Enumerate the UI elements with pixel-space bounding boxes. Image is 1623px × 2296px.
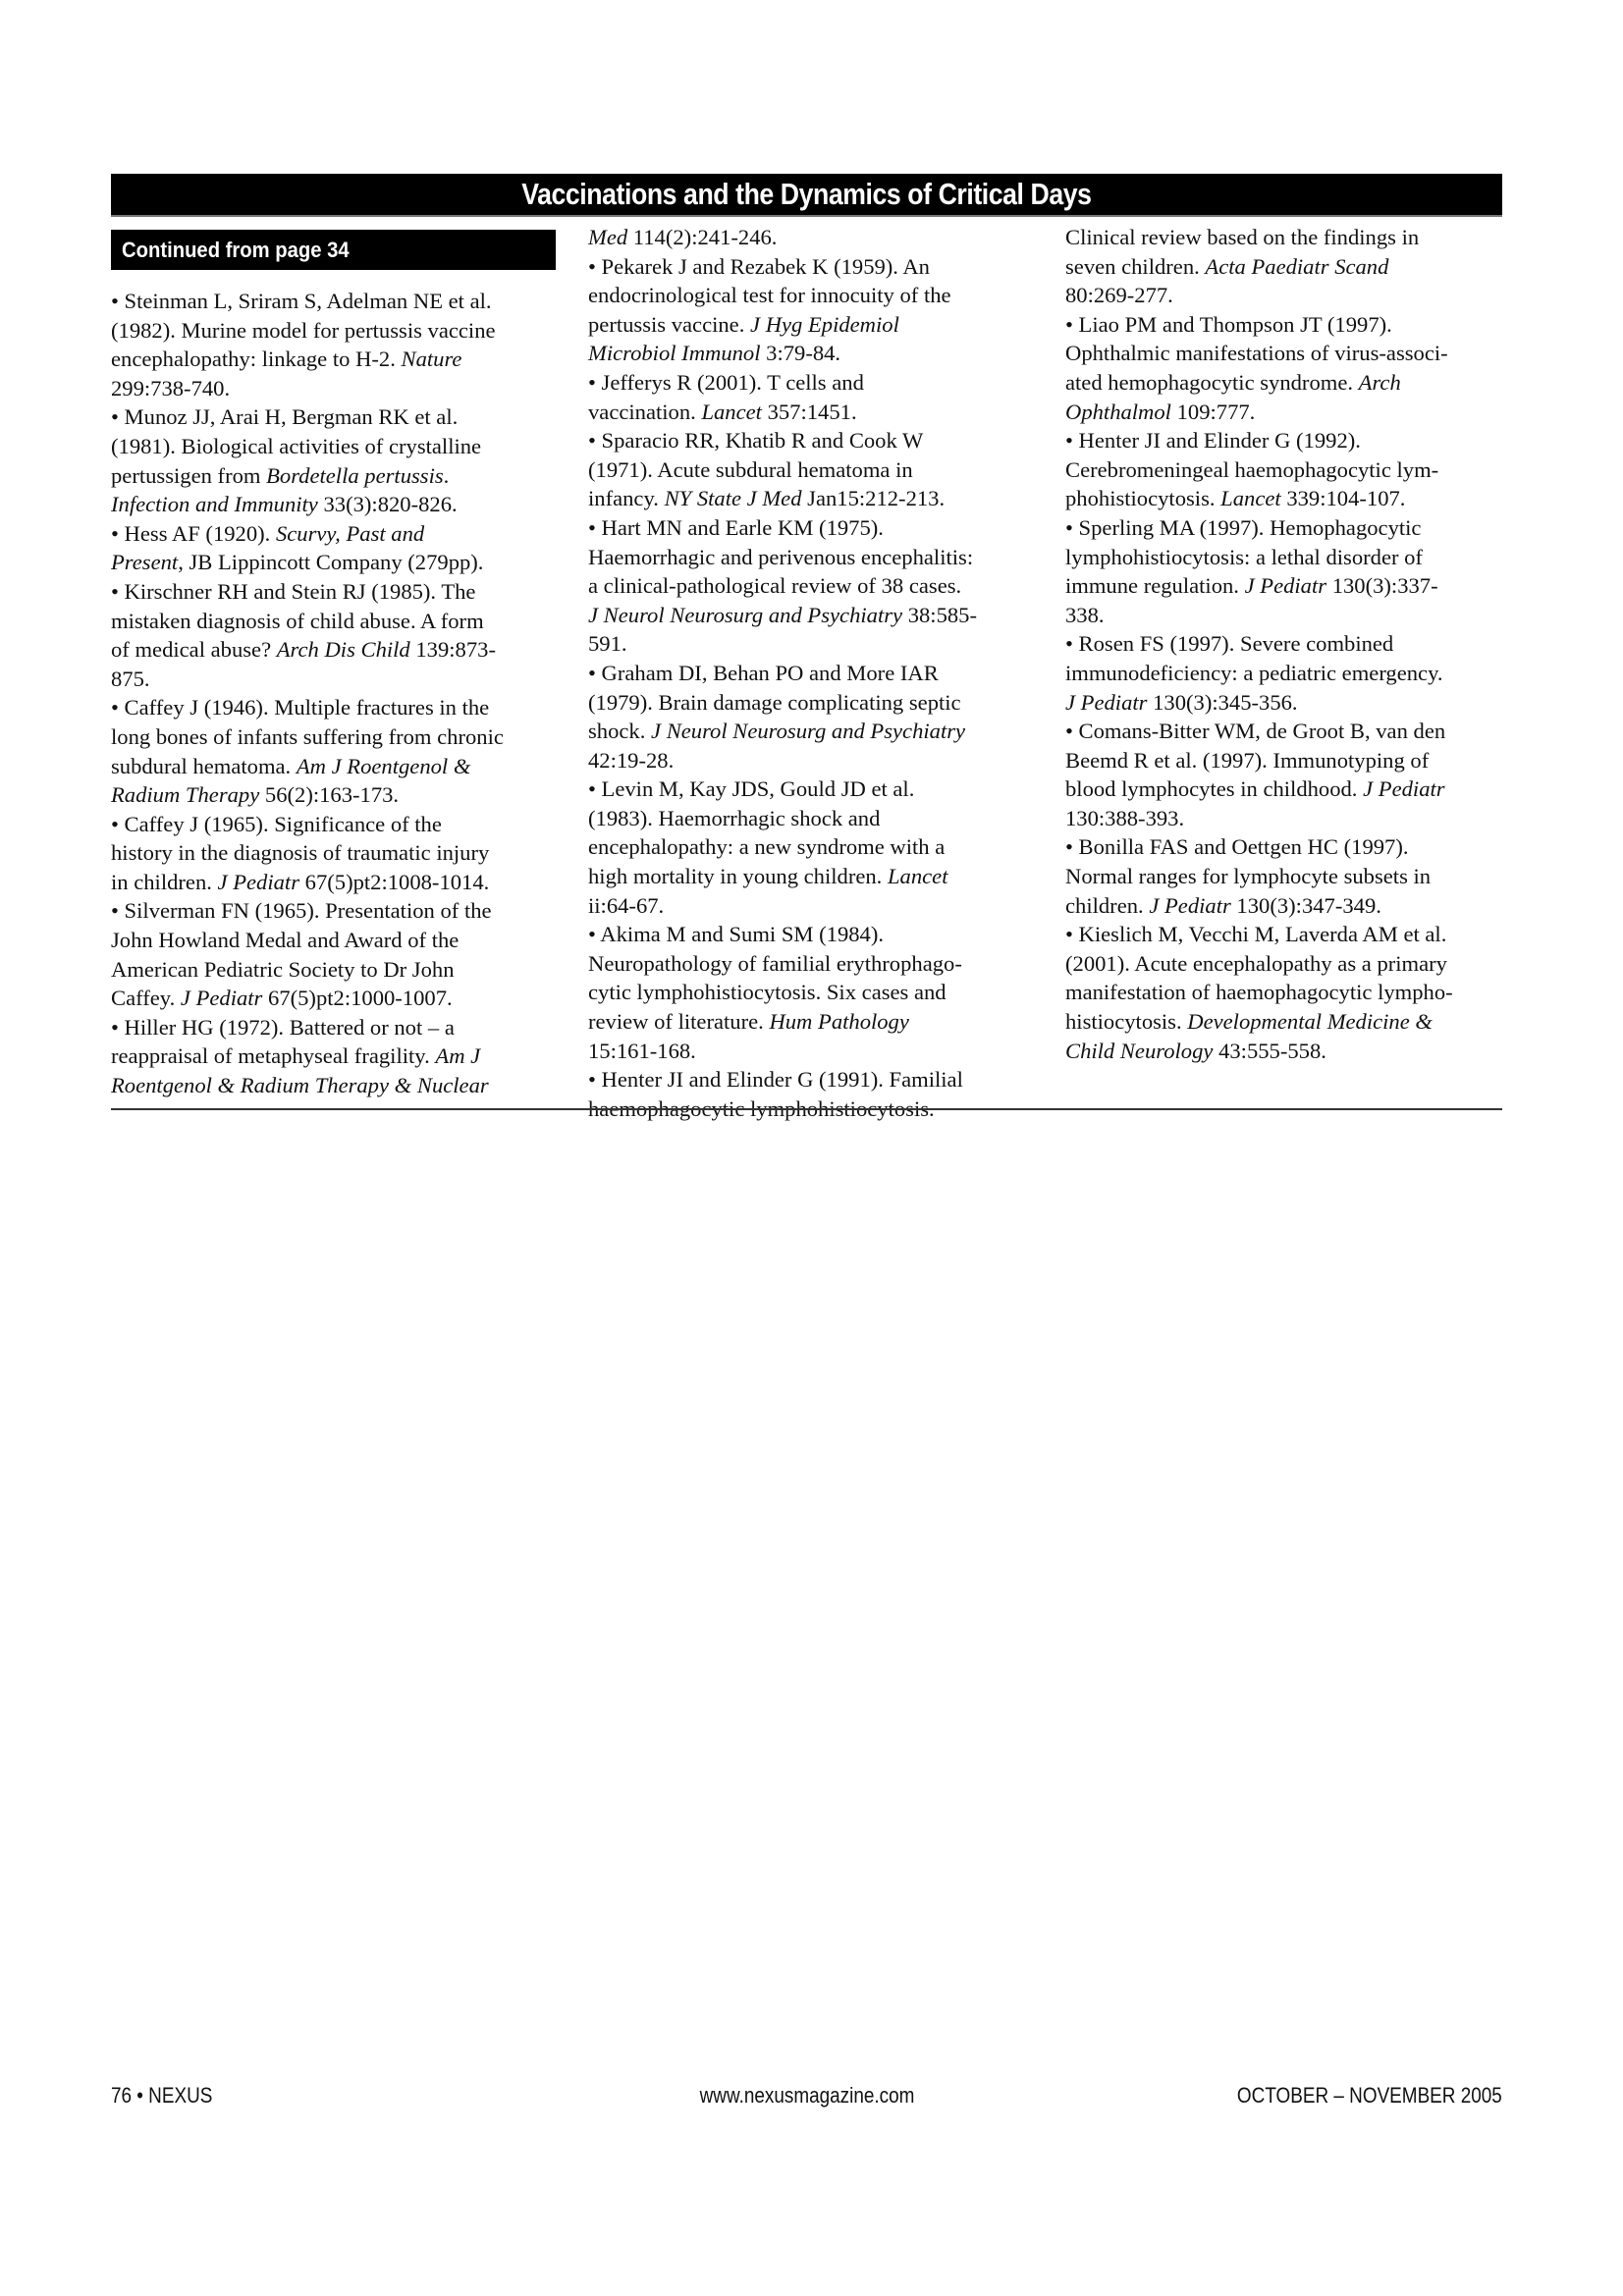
reference-text-line: • Jefferys R (2001). T cells and — [588, 368, 1055, 398]
reference-text: infancy. — [588, 486, 665, 510]
reference-text: 3:79-84. — [761, 341, 841, 365]
reference-text-line: shock. J Neurol Neurosurg and Psychiatry — [588, 717, 1055, 746]
reference-text: • Jefferys R (2001). T cells and — [588, 370, 864, 395]
reference-text: high mortality in young children. — [588, 864, 888, 888]
reference-text: mistaken diagnosis of child abuse. A for… — [111, 609, 484, 633]
reference-text: pertussis vaccine. — [588, 312, 750, 337]
reference-text-line: Infection and Immunity 33(3):820-826. — [111, 490, 565, 519]
reference-text-line: immune regulation. J Pediatr 130(3):337- — [1065, 571, 1522, 601]
reference-text-line: (1971). Acute subdural hematoma in — [588, 455, 1055, 485]
journal-title: Present — [111, 550, 178, 574]
reference-text-line: • Levin M, Kay JDS, Gould JD et al. — [588, 774, 1055, 804]
reference-text: • Sparacio RR, Khatib R and Cook W — [588, 428, 923, 453]
reference-text-line: encephalopathy: a new syndrome with a — [588, 832, 1055, 862]
reference-text-line: Microbiol Immunol 3:79-84. — [588, 339, 1055, 368]
journal-title: Nature — [402, 347, 462, 371]
reference-text-line: histiocytosis. Developmental Medicine & — [1065, 1007, 1522, 1037]
reference-text: (1982). Murine model for pertussis vacci… — [111, 318, 496, 343]
footer-issue-date: OCTOBER – NOVEMBER 2005 — [1237, 2083, 1502, 2109]
reference-text-line: vaccination. Lancet 357:1451. — [588, 398, 1055, 427]
reference-text-line: 299:738-740. — [111, 374, 565, 403]
reference-text: immune regulation. — [1065, 573, 1245, 598]
reference-text-line: long bones of infants suffering from chr… — [111, 722, 565, 752]
reference-text-line: • Munoz JJ, Arai H, Bergman RK et al. — [111, 402, 565, 432]
reference-text: 339:104-107. — [1281, 486, 1406, 510]
reference-text: 33(3):820-826. — [318, 492, 458, 516]
reference-text: 67(5)pt2:1000-1007. — [262, 986, 452, 1010]
reference-text: • Steinman L, Sriram S, Adelman NE et al… — [111, 289, 492, 313]
journal-title: Am J Roentgenol & — [297, 754, 471, 778]
reference-text-line: 130:388-393. — [1065, 804, 1522, 833]
reference-text-line: American Pediatric Society to Dr John — [111, 955, 565, 985]
reference-text-line: reappraisal of metaphyseal fragility. Am… — [111, 1041, 565, 1071]
reference-text-line: ated hemophagocytic syndrome. Arch — [1065, 368, 1522, 398]
reference-text-line: Roentgenol & Radium Therapy & Nuclear — [111, 1071, 565, 1100]
reference-text: reappraisal of metaphyseal fragility. — [111, 1043, 435, 1068]
reference-text: (1971). Acute subdural hematoma in — [588, 457, 913, 482]
reference-text: 338. — [1065, 603, 1105, 627]
reference-text-line: • Bonilla FAS and Oettgen HC (1997). — [1065, 832, 1522, 862]
reference-text: 67(5)pt2:1008-1014. — [299, 870, 489, 894]
journal-title: Lancet — [1220, 486, 1281, 510]
continued-banner: Continued from page 34 — [111, 230, 556, 270]
reference-text: 299:738-740. — [111, 376, 230, 400]
reference-text-line: (1981). Biological activities of crystal… — [111, 432, 565, 461]
reference-text: children. — [1065, 893, 1149, 918]
journal-title: Med — [588, 225, 627, 249]
reference-text: a clinical-pathological review of 38 cas… — [588, 573, 961, 598]
journal-title: Ophthalmol — [1065, 400, 1171, 424]
reference-text: • Hess AF (1920). — [111, 521, 276, 546]
reference-text-line: Caffey. J Pediatr 67(5)pt2:1000-1007. — [111, 984, 565, 1013]
reference-text: 130(3):337- — [1326, 573, 1438, 598]
reference-text-line: • Graham DI, Behan PO and More IAR — [588, 659, 1055, 688]
journal-title: J Neurol Neurosurg and Psychiatry — [588, 603, 902, 627]
reference-text-line: mistaken diagnosis of child abuse. A for… — [111, 607, 565, 636]
reference-text: • Bonilla FAS and Oettgen HC (1997). — [1065, 834, 1409, 859]
reference-text: • Silverman FN (1965). Presentation of t… — [111, 898, 492, 923]
reference-text-line: cytic lymphohistiocytosis. Six cases and — [588, 978, 1055, 1007]
reference-text: ii:64-67. — [588, 893, 664, 918]
continued-label: Continued from page 34 — [122, 238, 350, 263]
reference-text-line: history in the diagnosis of traumatic in… — [111, 838, 565, 868]
reference-text: John Howland Medal and Award of the — [111, 928, 459, 952]
reference-text: shock. — [588, 719, 651, 743]
journal-title: Lancet — [701, 400, 762, 424]
reference-text: subdural hematoma. — [111, 754, 297, 778]
journal-title: Scurvy, Past and — [276, 521, 424, 546]
reference-text: lymphohistiocytosis: a lethal disorder o… — [1065, 545, 1423, 569]
reference-text: • Akima M and Sumi SM (1984). — [588, 922, 884, 946]
reference-text-line: 338. — [1065, 601, 1522, 630]
reference-text: • Caffey J (1946). Multiple fractures in… — [111, 695, 489, 720]
reference-text-line: Present, JB Lippincott Company (279pp). — [111, 548, 565, 577]
reference-text: Caffey. — [111, 986, 181, 1010]
reference-text: 38:585- — [902, 603, 977, 627]
reference-text: 357:1451. — [762, 400, 857, 424]
reference-text-line: Ophthalmic manifestations of virus-assoc… — [1065, 339, 1522, 368]
reference-text-line: subdural hematoma. Am J Roentgenol & — [111, 752, 565, 781]
reference-text: • Rosen FS (1997). Severe combined — [1065, 631, 1393, 656]
reference-text: Beemd R et al. (1997). Immunotyping of — [1065, 748, 1429, 773]
reference-text-line: • Akima M and Sumi SM (1984). — [588, 920, 1055, 949]
reference-text: (1983). Haemorrhagic shock and — [588, 806, 880, 830]
reference-text: vaccination. — [588, 400, 701, 424]
reference-text: phohistiocytosis. — [1065, 486, 1220, 510]
reference-text-line: infancy. NY State J Med Jan15:212-213. — [588, 484, 1055, 513]
reference-text-line: J Neurol Neurosurg and Psychiatry 38:585… — [588, 601, 1055, 630]
reference-text: • Hiller HG (1972). Battered or not – a — [111, 1015, 455, 1040]
reference-text-line: • Kirschner RH and Stein RJ (1985). The — [111, 577, 565, 607]
reference-text-line: • Caffey J (1965). Significance of the — [111, 810, 565, 839]
journal-title: J Pediatr — [1363, 776, 1444, 801]
reference-text: Clinical review based on the findings in — [1065, 225, 1419, 249]
reference-text: Haemorrhagic and perivenous encephalitis… — [588, 545, 973, 569]
reference-text-line: • Liao PM and Thompson JT (1997). — [1065, 310, 1522, 340]
reference-text-line: Neuropathology of familial erythrophago- — [588, 949, 1055, 979]
reference-text-line: • Sparacio RR, Khatib R and Cook W — [588, 426, 1055, 455]
reference-text: 114(2):241-246. — [627, 225, 777, 249]
reference-text-line: Normal ranges for lymphocyte subsets in — [1065, 862, 1522, 891]
journal-title: J Pediatr — [181, 986, 262, 1010]
reference-text: long bones of infants suffering from chr… — [111, 724, 504, 749]
reference-text: 591. — [588, 631, 627, 656]
reference-text-line: immunodeficiency: a pediatric emergency. — [1065, 659, 1522, 688]
reference-text-line: (2001). Acute encephalopathy as a primar… — [1065, 949, 1522, 979]
reference-text: endocrinological test for innocuity of t… — [588, 283, 951, 307]
reference-text: • Munoz JJ, Arai H, Bergman RK et al. — [111, 404, 458, 429]
reference-text-line: • Caffey J (1946). Multiple fractures in… — [111, 693, 565, 722]
reference-text: blood lymphocytes in childhood. — [1065, 776, 1363, 801]
reference-text: Cerebromeningeal haemophagocytic lym- — [1065, 457, 1438, 482]
references-column-1: • Steinman L, Sriram S, Adelman NE et al… — [111, 287, 565, 1100]
reference-text: • Graham DI, Behan PO and More IAR — [588, 661, 939, 685]
footer-website-link[interactable]: www.nexusmagazine.com — [699, 2083, 914, 2109]
reference-text-line: • Pekarek J and Rezabek K (1959). An — [588, 252, 1055, 282]
reference-text: of medical abuse? — [111, 637, 277, 662]
journal-title: NY State J Med — [665, 486, 802, 510]
reference-text-line: Clinical review based on the findings in — [1065, 223, 1522, 252]
journal-title: J Pediatr — [1065, 690, 1147, 715]
reference-text: • Henter JI and Elinder G (1991). Famili… — [588, 1067, 963, 1092]
article-title: Vaccinations and the Dynamics of Critica… — [521, 177, 1091, 212]
reference-text-line: Radium Therapy 56(2):163-173. — [111, 780, 565, 810]
references-column-3: Clinical review based on the findings in… — [1065, 223, 1522, 1065]
reference-text-line: 875. — [111, 665, 565, 694]
reference-text-line: Cerebromeningeal haemophagocytic lym- — [1065, 455, 1522, 485]
reference-text-line: phohistiocytosis. Lancet 339:104-107. — [1065, 484, 1522, 513]
reference-text: Neuropathology of familial erythrophago- — [588, 951, 962, 976]
reference-text-line: pertussigen from Bordetella pertussis. — [111, 461, 565, 491]
reference-text: (1981). Biological activities of crystal… — [111, 434, 481, 458]
reference-text-line: Haemorrhagic and perivenous encephalitis… — [588, 543, 1055, 572]
journal-title: Developmental Medicine & — [1187, 1009, 1433, 1034]
reference-text-line: • Sperling MA (1997). Hemophagocytic — [1065, 513, 1522, 543]
reference-text: 80:269-277. — [1065, 283, 1173, 307]
reference-text: cytic lymphohistiocytosis. Six cases and — [588, 980, 947, 1004]
reference-text: pertussigen from — [111, 463, 266, 488]
reference-text: 42:19-28. — [588, 748, 674, 773]
reference-text-line: 591. — [588, 629, 1055, 659]
reference-text-line: • Hart MN and Earle KM (1975). — [588, 513, 1055, 543]
reference-text: Normal ranges for lymphocyte subsets in — [1065, 864, 1431, 888]
reference-text: (2001). Acute encephalopathy as a primar… — [1065, 951, 1447, 976]
journal-title: J Neurol Neurosurg and Psychiatry — [651, 719, 965, 743]
reference-text-line: 15:161-168. — [588, 1037, 1055, 1066]
reference-text-line: Child Neurology 43:555-558. — [1065, 1037, 1522, 1066]
reference-text-line: • Steinman L, Sriram S, Adelman NE et al… — [111, 287, 565, 316]
journal-title: J Pediatr — [1245, 573, 1326, 598]
reference-text-line: seven children. Acta Paediatr Scand — [1065, 252, 1522, 282]
journal-title: Microbiol Immunol — [588, 341, 761, 365]
journal-title: Roentgenol & Radium Therapy & Nuclear — [111, 1073, 489, 1097]
reference-text: 139:873- — [410, 637, 496, 662]
reference-text: • Henter JI and Elinder G (1992). — [1065, 428, 1361, 453]
references-column-2: Med 114(2):241-246.• Pekarek J and Rezab… — [588, 223, 1055, 1123]
reference-text: 875. — [111, 667, 150, 691]
reference-text: manifestation of haemophagocytic lympho- — [1065, 980, 1453, 1004]
reference-text-line: review of literature. Hum Pathology — [588, 1007, 1055, 1037]
reference-text-line: ii:64-67. — [588, 891, 1055, 921]
reference-text: • Kirschner RH and Stein RJ (1985). The — [111, 579, 475, 604]
journal-title: J Pediatr — [218, 870, 299, 894]
reference-text-line: 80:269-277. — [1065, 281, 1522, 310]
reference-text: 130(3):347-349. — [1231, 893, 1381, 918]
reference-text: ated hemophagocytic syndrome. — [1065, 370, 1359, 395]
reference-text: 109:777. — [1171, 400, 1255, 424]
reference-text: in children. — [111, 870, 218, 894]
reference-text: • Hart MN and Earle KM (1975). — [588, 515, 884, 540]
journal-title: Lancet — [888, 864, 948, 888]
reference-text: 43:555-558. — [1213, 1039, 1325, 1063]
reference-text-line: John Howland Medal and Award of the — [111, 926, 565, 955]
reference-text: • Levin M, Kay JDS, Gould JD et al. — [588, 776, 914, 801]
reference-text: American Pediatric Society to Dr John — [111, 957, 455, 982]
reference-text-line: • Henter JI and Elinder G (1991). Famili… — [588, 1065, 1055, 1095]
reference-text-line: blood lymphocytes in childhood. J Pediat… — [1065, 774, 1522, 804]
reference-text-line: (1983). Haemorrhagic shock and — [588, 804, 1055, 833]
reference-text-line: manifestation of haemophagocytic lympho- — [1065, 978, 1522, 1007]
article-title-bar: Vaccinations and the Dynamics of Critica… — [111, 174, 1502, 217]
reference-text: • Liao PM and Thompson JT (1997). — [1065, 312, 1392, 337]
journal-title: Arch — [1359, 370, 1401, 395]
section-divider-rule — [111, 1108, 1502, 1110]
reference-text: history in the diagnosis of traumatic in… — [111, 840, 489, 865]
reference-text: 15:161-168. — [588, 1039, 696, 1063]
reference-text-line: Med 114(2):241-246. — [588, 223, 1055, 252]
reference-text-line: of medical abuse? Arch Dis Child 139:873… — [111, 635, 565, 665]
reference-text-line: in children. J Pediatr 67(5)pt2:1008-101… — [111, 868, 565, 897]
reference-text-line: Beemd R et al. (1997). Immunotyping of — [1065, 746, 1522, 775]
reference-text-line: • Rosen FS (1997). Severe combined — [1065, 629, 1522, 659]
reference-text-line: • Silverman FN (1965). Presentation of t… — [111, 896, 565, 926]
reference-text-line: (1979). Brain damage complicating septic — [588, 688, 1055, 718]
reference-text-line: encephalopathy: linkage to H-2. Nature — [111, 345, 565, 374]
reference-text: (1979). Brain damage complicating septic — [588, 690, 961, 715]
reference-text-line: • Comans-Bitter WM, de Groot B, van den — [1065, 717, 1522, 746]
journal-title: Radium Therapy — [111, 782, 259, 807]
reference-text-line: children. J Pediatr 130(3):347-349. — [1065, 891, 1522, 921]
reference-text: histiocytosis. — [1065, 1009, 1187, 1034]
reference-text: encephalopathy: linkage to H-2. — [111, 347, 402, 371]
reference-text-line: a clinical-pathological review of 38 cas… — [588, 571, 1055, 601]
reference-text-line: • Hess AF (1920). Scurvy, Past and — [111, 519, 565, 549]
reference-text-line: • Kieslich M, Vecchi M, Laverda AM et al… — [1065, 920, 1522, 949]
journal-title: J Pediatr — [1149, 893, 1230, 918]
journal-title: Arch Dis Child — [277, 637, 410, 662]
reference-text: Ophthalmic manifestations of virus-assoc… — [1065, 341, 1448, 365]
reference-text-line: endocrinological test for innocuity of t… — [588, 281, 1055, 310]
reference-text-line: J Pediatr 130(3):345-356. — [1065, 688, 1522, 718]
reference-text: , JB Lippincott Company (279pp). — [178, 550, 483, 574]
reference-text-line: • Henter JI and Elinder G (1992). — [1065, 426, 1522, 455]
reference-text-line: 42:19-28. — [588, 746, 1055, 775]
reference-text: 56(2):163-173. — [259, 782, 399, 807]
reference-text: • Kieslich M, Vecchi M, Laverda AM et al… — [1065, 922, 1446, 946]
journal-title: Hum Pathology — [769, 1009, 908, 1034]
reference-text: immunodeficiency: a pediatric emergency. — [1065, 661, 1443, 685]
journal-title: Am J — [435, 1043, 480, 1068]
reference-text: • Sperling MA (1997). Hemophagocytic — [1065, 515, 1421, 540]
reference-text: • Comans-Bitter WM, de Groot B, van den — [1065, 719, 1445, 743]
reference-text-line: high mortality in young children. Lancet — [588, 862, 1055, 891]
reference-text-line: pertussis vaccine. J Hyg Epidemiol — [588, 310, 1055, 340]
reference-text-line: lymphohistiocytosis: a lethal disorder o… — [1065, 543, 1522, 572]
reference-text-line: Ophthalmol 109:777. — [1065, 398, 1522, 427]
reference-text: Jan15:212-213. — [802, 486, 946, 510]
footer-page-number: 76 • NEXUS — [111, 2083, 212, 2109]
reference-text: 130(3):345-356. — [1147, 690, 1297, 715]
journal-title: Child Neurology — [1065, 1039, 1213, 1063]
reference-text: encephalopathy: a new syndrome with a — [588, 834, 945, 859]
reference-text: • Pekarek J and Rezabek K (1959). An — [588, 254, 930, 279]
journal-title: J Hyg Epidemiol — [750, 312, 899, 337]
reference-text: seven children. — [1065, 254, 1205, 279]
reference-text: • Caffey J (1965). Significance of the — [111, 812, 442, 836]
page-footer: 76 • NEXUS www.nexusmagazine.com OCTOBER… — [111, 2083, 1502, 2112]
reference-text: review of literature. — [588, 1009, 769, 1034]
reference-text: 130:388-393. — [1065, 806, 1184, 830]
reference-text: . — [444, 463, 450, 488]
reference-text-line: (1982). Murine model for pertussis vacci… — [111, 316, 565, 346]
reference-text-line: • Hiller HG (1972). Battered or not – a — [111, 1013, 565, 1042]
journal-title: Bordetella pertussis — [266, 463, 444, 488]
journal-title: Infection and Immunity — [111, 492, 318, 516]
journal-title: Acta Paediatr Scand — [1205, 254, 1388, 279]
